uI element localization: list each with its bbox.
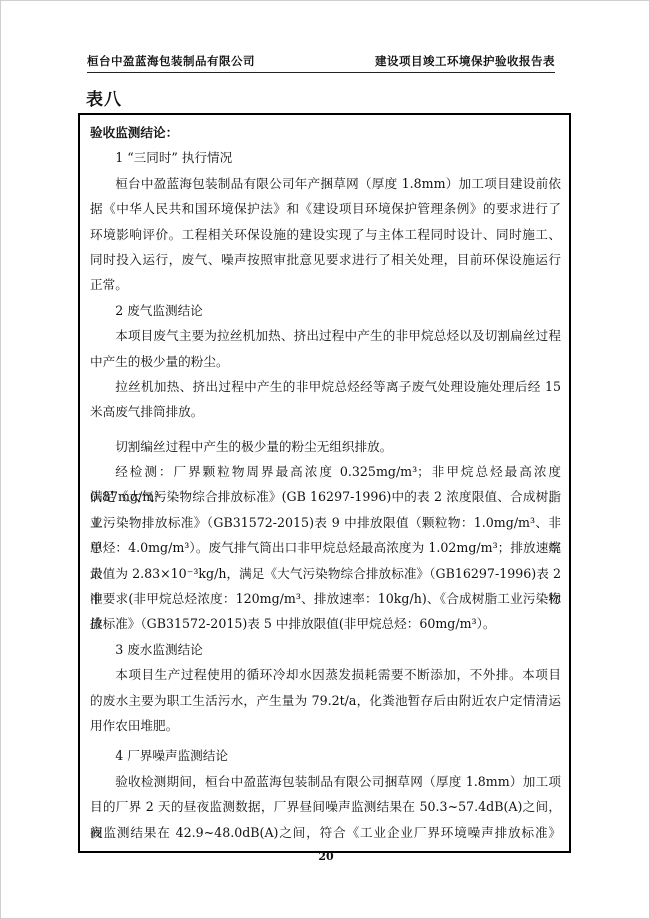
body-line: 4 厂界噪声监测结论 xyxy=(90,743,561,768)
body-line: 的废水主要为职工生活污水，产生量为 79.2t/a，化粪池暂存后由附近农户定情清… xyxy=(90,688,561,713)
body-line: 经检测：厂界颗粒物周界最高浓度 0.325mg/m³；非甲烷总烃最高浓度 0.8… xyxy=(90,459,561,484)
body-line: 验收检测期间，桓台中盈蓝海包装制品有限公司捆草网（厚度 1.8mm）加工项 xyxy=(90,769,561,794)
running-header: 桓台中盈蓝海包装制品有限公司 建设项目竣工环境保护验收报告表 xyxy=(87,53,555,73)
body-line: 据《中华人民共和国环境保护法》和《建设项目环境保护管理条例》的要求进行了 xyxy=(90,196,561,221)
table-eight-label: 表八 xyxy=(86,85,122,110)
body-line: 2 废气监测结论 xyxy=(90,298,561,323)
body-line: 目的厂界 2 天的昼夜监测数据，厂界昼间噪声监测结果在 50.3~57.4dB(… xyxy=(90,794,561,819)
body-line: 大值为 2.83×10⁻³kg/h，满足《大气污染物综合排放标准》（GB1629… xyxy=(90,561,561,586)
body-line: 中产生的极少量的粉尘。 xyxy=(90,349,561,374)
body-line: 切割编丝过程中产生的极少量的粉尘无组织排放。 xyxy=(90,434,561,459)
body-line: 米高废气排筒排放。 xyxy=(90,399,561,424)
body-line: 环境影响评价。工程相关环保设施的建设实现了与主体工程同时设计、同时施工、 xyxy=(90,222,561,247)
body-line: 总烃：4.0mg/m³）。废气排气筒出口非甲烷总烃最高浓度为 1.02mg/m³… xyxy=(90,535,561,560)
body-line: 满足《大气污染物综合排放标准》(GB 16297-1996)中的表 2 浓度限值… xyxy=(90,484,561,509)
body-line: 同时投入运行，废气、噪声按照审批意见要求进行了相关处理，目前环保设施运行 xyxy=(90,247,561,272)
page-number: 20 xyxy=(1,850,650,863)
body-line: 正常。 xyxy=(90,272,561,297)
body-line: 业污染物排放标准》（GB31572-2015)表 9 中排放限值（颗粒物：1.0… xyxy=(90,510,561,535)
document-page: 桓台中盈蓝海包装制品有限公司 建设项目竣工环境保护验收报告表 表八 验收监测结论… xyxy=(0,0,650,919)
conclusions-box: 验收监测结论： 1 “三同时” 执行情况 桓台中盈蓝海包装制品有限公司年产捆草网… xyxy=(78,113,571,853)
box-title: 验收监测结论： xyxy=(90,120,561,145)
body-line: 3 废水监测结论 xyxy=(90,637,561,662)
body-line: 本项目生产过程使用的循环冷却水因蒸发损耗需要不断添加，不外排。本项目 xyxy=(90,662,561,687)
body-line: 用作农田堆肥。 xyxy=(90,713,561,738)
header-left-text: 桓台中盈蓝海包装制品有限公司 xyxy=(87,53,255,69)
body-line: 本项目废气主要为拉丝机加热、挤出过程中产生的非甲烷总烃以及切割扁丝过程 xyxy=(90,323,561,348)
body-line: 间监测结果在 42.9~48.0dB(A)之间，符合《工业企业厂界环境噪声排放标… xyxy=(90,820,561,845)
body-line: 准要求(非甲烷总烃浓度：120mg/m³、排放速率：10kg/h)、《合成树脂工… xyxy=(90,586,561,611)
body-line: 桓台中盈蓝海包装制品有限公司年产捆草网（厚度 1.8mm）加工项目建设前依 xyxy=(90,171,561,196)
body-line: 拉丝机加热、挤出过程中产生的非甲烷总烃经等离子废气处理设施处理后经 15 xyxy=(90,374,561,399)
body-line: 1 “三同时” 执行情况 xyxy=(90,145,561,170)
header-right-text: 建设项目竣工环境保护验收报告表 xyxy=(375,53,555,69)
body-line: 放标准》（GB31572-2015)表 5 中排放限值(非甲烷总烃：60mg/m… xyxy=(90,611,561,636)
